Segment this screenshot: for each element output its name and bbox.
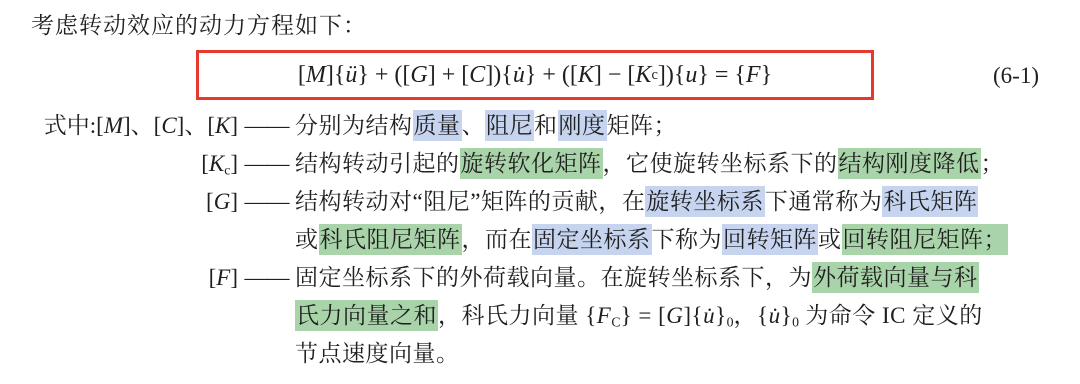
text-run: 节点速度向量。 (295, 341, 460, 366)
definition-row: [F]——固定坐标系下的外荷载向量。在旋转坐标系下，为外荷载向量与科 (0, 259, 1080, 297)
text-run: [ (206, 189, 214, 214)
text-run: ]){ (658, 62, 686, 89)
text-run: } + ([ (525, 62, 578, 89)
math-variable: u̇ (703, 303, 715, 328)
highlight-green: 外荷载向量与科 (812, 262, 979, 293)
math-variable: u̇ (769, 303, 781, 328)
definition-body: 结构转动对“阻尼”矩阵的贡献，在旋转坐标系下通常称为科氏矩阵 (295, 183, 1080, 221)
definition-body: 结构转动引起的旋转软化矩阵，它使旋转坐标系下的结构刚度降低； (295, 145, 1080, 183)
text-run: } (761, 62, 773, 89)
text-run: ，而在 (462, 227, 533, 252)
text-run: ]{ (683, 303, 703, 328)
text-run: } (715, 303, 727, 328)
text-run: } (781, 303, 793, 328)
text-run: ] (230, 265, 238, 290)
definitions-list: 式中:[M]、[C]、[K]——分别为结构质量、阻尼和刚度矩阵；[Kc]——结构… (0, 107, 1080, 373)
text-run: 分别为结构 (295, 113, 413, 138)
math-variable: K (215, 113, 230, 138)
text-run: [ (298, 62, 306, 89)
text-run: ]{ (326, 62, 346, 89)
math-variable: C (469, 62, 485, 89)
text-run: } + ([ (357, 62, 410, 89)
text-run: 和 (534, 113, 558, 138)
text-run: 结构转动对“阻尼”矩阵的贡献，在 (295, 189, 645, 214)
definition-body: 固定坐标系下的外荷载向量。在旋转坐标系下，为外荷载向量与科 (295, 259, 1080, 297)
definition-row: 或科氏阻尼矩阵，而在固定坐标系下称为回转矩阵或回转阻尼矩阵； (0, 221, 1080, 259)
math-variable: K (578, 62, 594, 89)
equation-box: [M]{ü} + ([G] + [C]){u̇} + ([K] − [Kc]){… (196, 50, 874, 100)
definition-term: [F] (0, 259, 238, 297)
text-run: 下称为 (652, 227, 723, 252)
math-variable: u̇ (513, 62, 525, 89)
highlight-blue: 质量 (413, 110, 462, 141)
text-run: ] (230, 151, 238, 176)
text-run: [ (201, 151, 209, 176)
text-run: 或 (295, 227, 319, 252)
textbook-page: 考虑转动效应的动力方程如下： [M]{ü} + ([G] + [C]){u̇} … (0, 0, 1080, 384)
highlight-blue: 阻尼 (485, 110, 534, 141)
highlight-blue: 旋转坐标系 (645, 186, 765, 217)
math-variable: M (306, 62, 326, 89)
highlight-green: 结构刚度降低 (838, 148, 981, 179)
math-variable: ü (345, 62, 357, 89)
highlight-blue: 固定坐标系 (532, 224, 652, 255)
highlight-green: 氏力向量之和 (295, 300, 438, 331)
highlight-green: 科氏阻尼矩阵 (319, 224, 462, 255)
definition-body: 或科氏阻尼矩阵，而在固定坐标系下称为回转矩阵或回转阻尼矩阵； (295, 221, 1080, 259)
text-run: 下通常称为 (765, 189, 883, 214)
definition-row: 式中:[M]、[C]、[K]——分别为结构质量、阻尼和刚度矩阵； (0, 107, 1080, 145)
equation-number: (6-1) (993, 63, 1039, 89)
definition-row: [G]——结构转动对“阻尼”矩阵的贡献，在旋转坐标系下通常称为科氏矩阵 (0, 183, 1080, 221)
definition-body: 节点速度向量。 (295, 335, 1080, 373)
definition-dash: —— (238, 183, 295, 221)
definition-dash: —— (238, 145, 295, 183)
text-run: } = { (697, 62, 746, 89)
math-variable: G (214, 189, 231, 214)
text-run: 结构转动引起的 (295, 151, 460, 176)
text-run: ，科氏力向量 { (438, 303, 597, 328)
definition-row: [Kc]——结构转动引起的旋转软化矩阵，它使旋转坐标系下的结构刚度降低； (0, 145, 1080, 183)
text-run: 为命令 IC 定义的 (799, 303, 983, 328)
definition-term: [G] (0, 183, 238, 221)
math-variable: G (666, 303, 683, 328)
highlight-blue: 科氏矩阵 (882, 186, 978, 217)
text-run: ]、[ (123, 113, 161, 138)
math-subscript: C (611, 314, 620, 329)
highlight-green: 旋转软化矩阵 (460, 148, 603, 179)
definition-dash: —— (238, 259, 295, 297)
equation-row: [M]{ü} + ([G] + [C]){u̇} + ([K] − [Kc]){… (0, 41, 1080, 107)
text-run: ，{ (734, 303, 769, 328)
text-run: } = [ (621, 303, 667, 328)
math-variable: F (597, 303, 612, 328)
math-variable: u (685, 62, 697, 89)
math-variable: F (216, 265, 230, 290)
math-variable: M (104, 113, 123, 138)
text-run: 式中:[ (44, 113, 104, 138)
text-run: ； (981, 151, 1005, 176)
text-run: 、 (462, 113, 486, 138)
definition-row: 节点速度向量。 (0, 335, 1080, 373)
definition-dash: —— (238, 107, 295, 145)
text-run: ，它使旋转坐标系下的 (603, 151, 838, 176)
math-variable: G (410, 62, 427, 89)
math-variable: F (746, 62, 761, 89)
highlight-green: 回转阻尼矩阵； (842, 224, 1009, 255)
text-run: ] (230, 113, 238, 138)
math-variable: C (161, 113, 176, 138)
text-run: 或 (818, 227, 842, 252)
highlight-blue: 回转矩阵 (722, 224, 818, 255)
definition-body: 分别为结构质量、阻尼和刚度矩阵； (295, 107, 1080, 145)
text-run: ] − [ (594, 62, 636, 89)
math-subscript: 0 (792, 314, 799, 329)
text-run: ]){ (485, 62, 513, 89)
definition-row: 氏力向量之和，科氏力向量 {FC} = [G]{u̇}0，{u̇}0 为命令 I… (0, 297, 1080, 335)
intro-paragraph: 考虑转动效应的动力方程如下： (31, 11, 1080, 41)
text-run: ] + [ (428, 62, 470, 89)
text-run: 固定坐标系下的外荷载向量。在旋转坐标系下，为 (295, 265, 812, 290)
math-variable: K (635, 62, 651, 89)
text-run: ]、[ (177, 113, 215, 138)
text-run: ] (230, 189, 238, 214)
text-run: 矩阵； (607, 113, 678, 138)
math-variable: K (209, 151, 224, 176)
definition-term: 式中:[M]、[C]、[K] (0, 107, 238, 145)
math-subscript: 0 (727, 314, 734, 329)
highlight-blue: 刚度 (558, 110, 607, 141)
